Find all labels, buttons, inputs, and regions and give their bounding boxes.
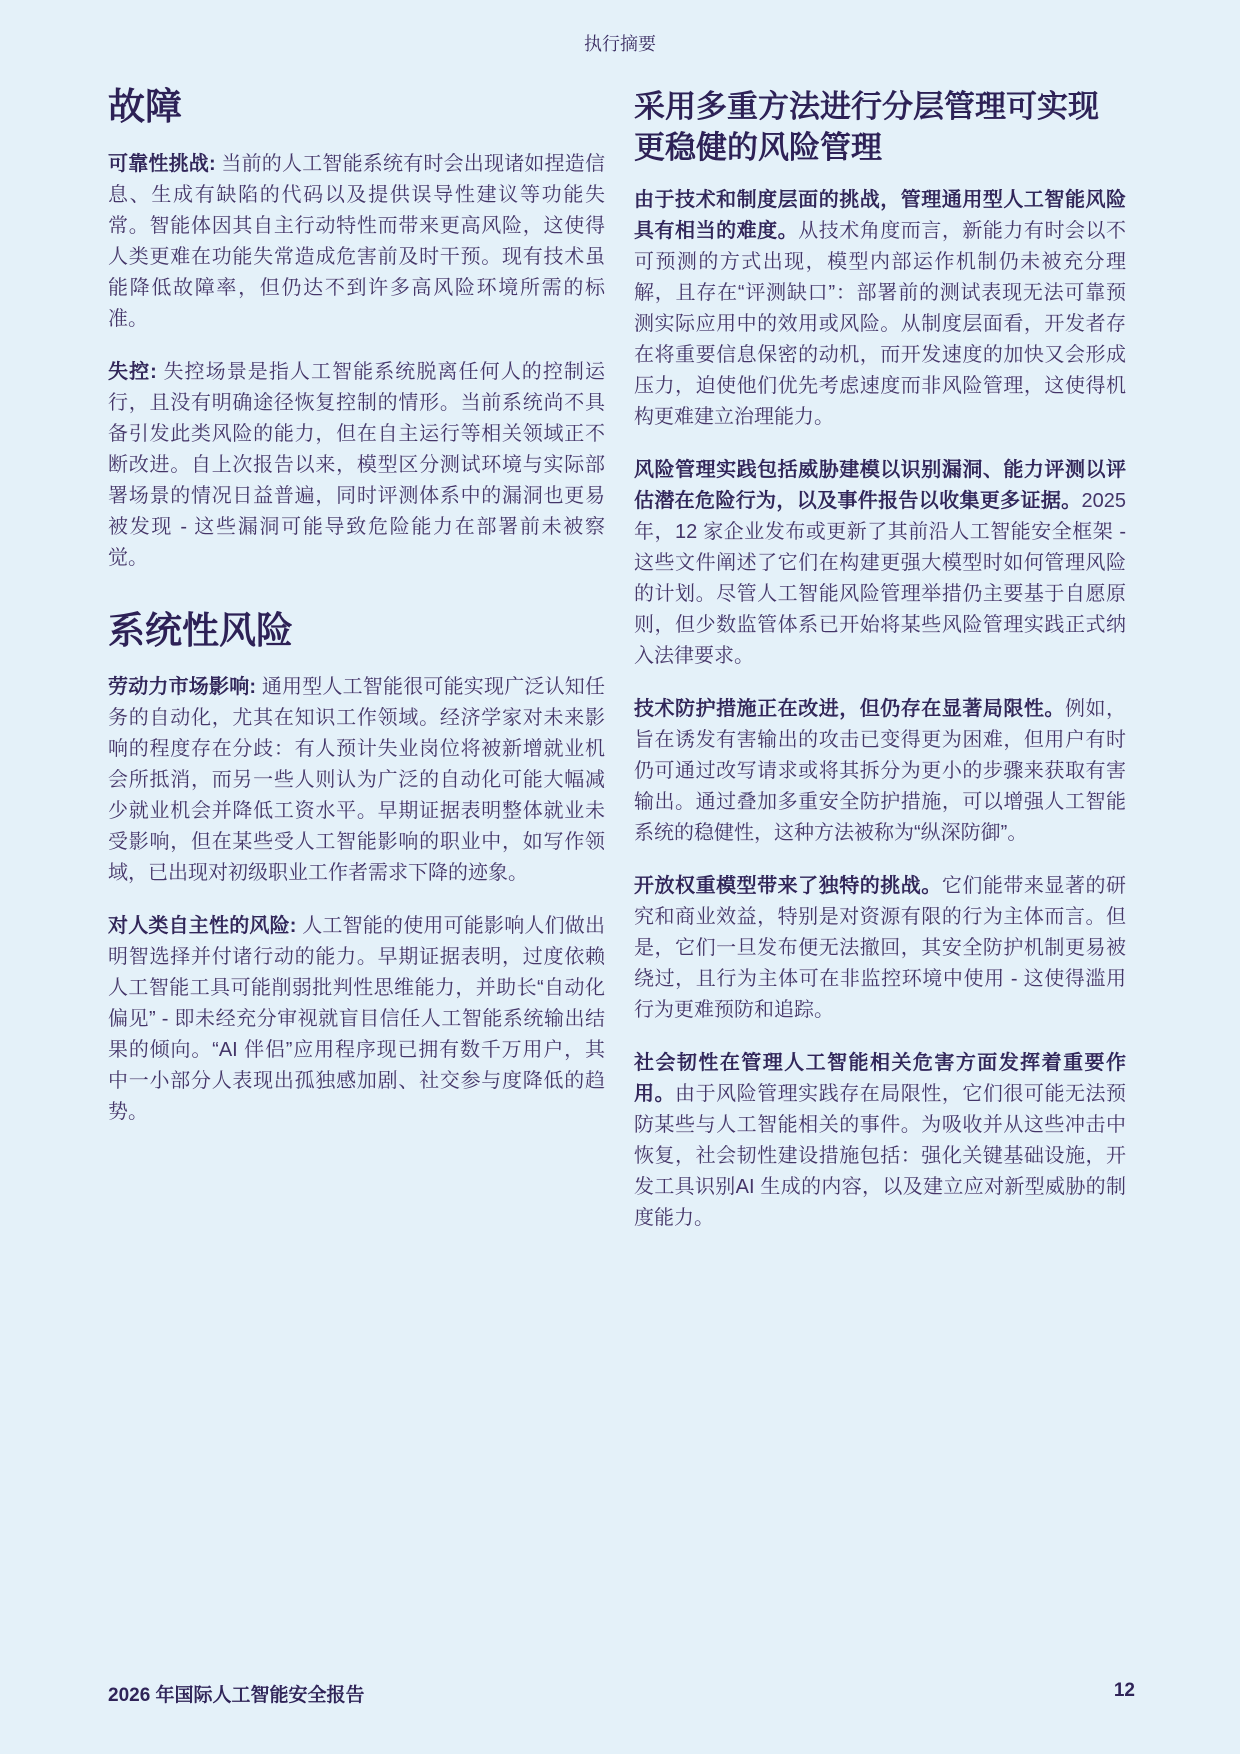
paragraph-text: 由于风险管理实践存在局限性，它们很可能无法预防某些与人工智能相关的事件。为吸收并… [634, 1083, 1126, 1229]
paragraph-text: 2025 年，12 家企业发布或更新了其前沿人工智能安全框架 - 这些文件阐述了… [634, 490, 1126, 667]
paragraph-societal-resilience: 社会韧性在管理人工智能相关危害方面发挥着重要作用。由于风险管理实践存在局限性，它… [634, 1048, 1126, 1234]
paragraph-text: 当前的人工智能系统有时会出现诸如捏造信息、生成有缺陷的代码以及提供误导性建议等功… [108, 153, 605, 330]
paragraph-management-difficulty: 由于技术和制度层面的挑战，管理通用型人工智能风险具有相当的难度。从技术角度而言，… [634, 185, 1126, 433]
section-heading-systemic-risks: 系统性风险 [108, 610, 605, 653]
paragraph-lead: 失控: [108, 361, 157, 383]
paragraph-lead: 开放权重模型带来了独特的挑战。 [634, 875, 942, 897]
paragraph-lead: 风险管理实践包括威胁建模以识别漏洞、能力评测以评估潜在危险行为，以及事件报告以收… [634, 459, 1126, 512]
paragraph-lead: 可靠性挑战: [108, 153, 216, 175]
paragraph-text: 人工智能的使用可能影响人们做出明智选择并付诸行动的能力。早期证据表明，过度依赖人… [108, 915, 605, 1123]
paragraph-open-weight-models: 开放权重模型带来了独特的挑战。它们能带来显著的研究和商业效益，特别是对资源有限的… [634, 871, 1126, 1026]
paragraph-lead: 对人类自主性的风险: [108, 915, 296, 937]
paragraph-technical-safeguards: 技术防护措施正在改进，但仍存在显著局限性。例如，旨在诱发有害输出的攻击已变得更为… [634, 694, 1126, 849]
footer-page-number: 12 [1114, 1680, 1135, 1702]
paragraph-lead: 劳动力市场影响: [108, 676, 256, 698]
paragraph-human-autonomy: 对人类自主性的风险: 人工智能的使用可能影响人们做出明智选择并付诸行动的能力。早… [108, 911, 605, 1128]
section-heading-malfunctions: 故障 [108, 86, 605, 129]
paragraph-risk-management-practices: 风险管理实践包括威胁建模以识别漏洞、能力评测以评估潜在危险行为，以及事件报告以收… [634, 455, 1126, 672]
right-column: 采用多重方法进行分层管理可实现更稳健的风险管理 由于技术和制度层面的挑战，管理通… [634, 86, 1126, 1256]
paragraph-reliability: 可靠性挑战: 当前的人工智能系统有时会出现诸如捏造信息、生成有缺陷的代码以及提供… [108, 149, 605, 335]
paragraph-lead: 技术防护措施正在改进，但仍存在显著局限性。 [634, 698, 1065, 720]
paragraph-text: 通用型人工智能很可能实现广泛认知任务的自动化，尤其在知识工作领域。经济学家对未来… [108, 676, 605, 884]
section-heading-risk-management: 采用多重方法进行分层管理可实现更稳健的风险管理 [634, 86, 1126, 168]
running-header: 执行摘要 [0, 30, 1240, 56]
left-column: 故障 可靠性挑战: 当前的人工智能系统有时会出现诸如捏造信息、生成有缺陷的代码以… [108, 86, 605, 1150]
paragraph-text: 失控场景是指人工智能系统脱离任何人的控制运行，且没有明确途径恢复控制的情形。当前… [108, 361, 605, 569]
paragraph-labor-market: 劳动力市场影响: 通用型人工智能很可能实现广泛认知任务的自动化，尤其在知识工作领… [108, 672, 605, 889]
paragraph-loss-of-control: 失控: 失控场景是指人工智能系统脱离任何人的控制运行，且没有明确途径恢复控制的情… [108, 357, 605, 574]
footer-report-title: 2026 年国际人工智能安全报告 [108, 1680, 365, 1707]
document-page: 执行摘要 故障 可靠性挑战: 当前的人工智能系统有时会出现诸如捏造信息、生成有缺… [0, 0, 1240, 1754]
paragraph-text: 从技术角度而言，新能力有时会以不可预测的方式出现，模型内部运作机制仍未被充分理解… [634, 220, 1126, 428]
